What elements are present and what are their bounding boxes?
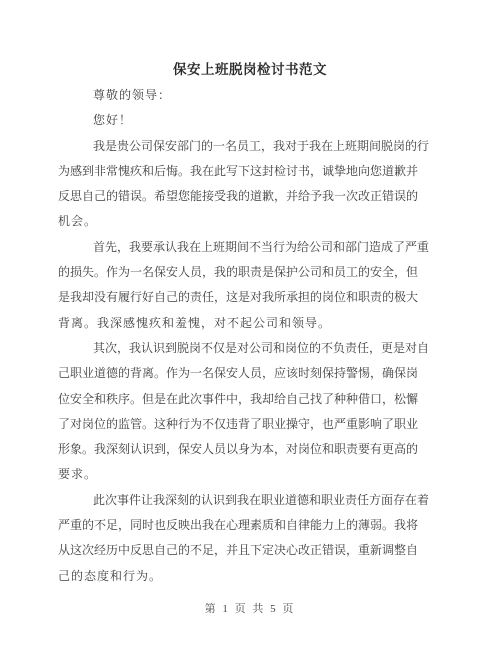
- greeting-line: 您好！: [58, 108, 418, 133]
- paragraph-line: 的损失。作为一名保安人员，我的职责是保护公司和员工的安全，但: [58, 260, 418, 285]
- page-number-indicator: 第 1 页 共 5 页: [0, 601, 500, 617]
- paragraph-line: 是我却没有履行好自己的责任，这是对我所承担的岗位和职责的极大: [58, 285, 418, 310]
- document-page: 保安上班脱岗检讨书范文 尊敬的领导： 您好！ 我是贵公司保安部门的一名员工，我对…: [0, 0, 500, 647]
- paragraph-line: 反思自己的错误。希望您能接受我的道歉，并给予我一次改正错误的: [58, 184, 418, 209]
- paragraph-line: 形象。我深刻认识到，保安人员以身为本，对岗位和职责要有更高的: [58, 437, 418, 462]
- paragraph-line: 背离。我深感愧疚和羞愧，对不起公司和领导。: [58, 311, 418, 336]
- paragraph-line: 己职业道德的背离。作为一名保安人员，应该时刻保持警惕，确保岗: [58, 361, 418, 386]
- paragraph-line: 了对岗位的监管。这种行为不仅违背了职业操守，也严重影响了职业: [58, 412, 418, 437]
- paragraph: 其次，我认识到脱岗不仅是对公司和岗位的不负责任，更是对自己职业道德的背离。作为一…: [58, 336, 418, 488]
- paragraph-line: 严重的不足，同时也反映出我在心理素质和自律能力上的薄弱。我将: [58, 513, 418, 538]
- paragraph-line: 为感到非常愧疚和后悔。我在此写下这封检讨书，诚挚地向您道歉并: [58, 159, 418, 184]
- paragraph-line: 此次事件让我深刻的认识到我在职业道德和职业责任方面存在着: [58, 488, 418, 513]
- paragraph-line: 己的态度和行为。: [58, 564, 418, 589]
- salutation-line: 尊敬的领导：: [58, 83, 418, 108]
- paragraph-line: 首先，我要承认我在上班期间不当行为给公司和部门造成了严重: [58, 235, 418, 260]
- paragraph: 此次事件让我深刻的认识到我在职业道德和职业责任方面存在着严重的不足，同时也反映出…: [58, 488, 418, 589]
- document-body: 尊敬的领导： 您好！ 我是贵公司保安部门的一名员工，我对于我在上班期间脱岗的行为…: [58, 83, 418, 589]
- paragraph: 首先，我要承认我在上班期间不当行为给公司和部门造成了严重的损失。作为一名保安人员…: [58, 235, 418, 336]
- paragraph-line: 位安全和秩序。但是在此次事件中，我却给自己找了种种借口，松懈: [58, 387, 418, 412]
- paragraph-line: 我是贵公司保安部门的一名员工，我对于我在上班期间脱岗的行: [58, 134, 418, 159]
- document-title: 保安上班脱岗检讨书范文: [0, 58, 500, 78]
- paragraph-line: 从这次经历中反思自己的不足，并且下定决心改正错误，重新调整自: [58, 538, 418, 563]
- paragraph-line: 其次，我认识到脱岗不仅是对公司和岗位的不负责任，更是对自: [58, 336, 418, 361]
- paragraph-line: 机会。: [58, 209, 418, 234]
- paragraph: 我是贵公司保安部门的一名员工，我对于我在上班期间脱岗的行为感到非常愧疚和后悔。我…: [58, 134, 418, 235]
- paragraph-line: 要求。: [58, 462, 418, 487]
